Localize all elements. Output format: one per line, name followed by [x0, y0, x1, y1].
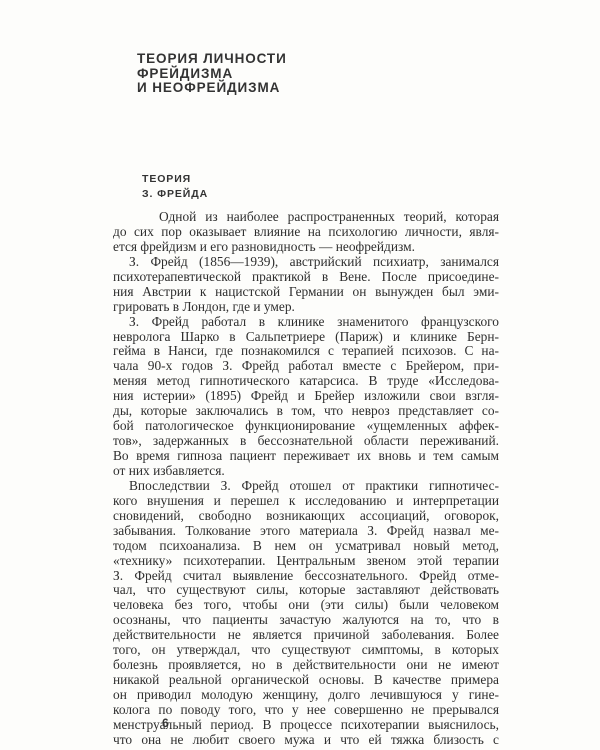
- section-title-line: З. ФРЕЙДА: [142, 187, 208, 202]
- text-line: тодом психоанализа. В нем он усматривал …: [113, 539, 499, 554]
- text-line: ется фрейдизм и его разновидность — неоф…: [113, 240, 499, 255]
- text-line: действительности не является причиной за…: [113, 628, 499, 643]
- text-line: болезнь проявляется, но в действительнос…: [113, 658, 499, 673]
- text-line: ния истерии» (1895) Фрейд и Брейер излож…: [113, 389, 499, 404]
- text-line: ды, которые заключались в том, что невро…: [113, 404, 499, 419]
- text-line: психотерапевтической практикой в Вене. П…: [113, 270, 499, 285]
- chapter-title-line: И НЕОФРЕЙДИЗМА: [137, 81, 287, 96]
- text-line: чал, что существуют силы, которые застав…: [113, 583, 499, 598]
- text-line: колога по поводу того, что у нее соверше…: [113, 703, 499, 718]
- body-text: Одной из наиболее распространенных теори…: [113, 210, 499, 748]
- chapter-title: ТЕОРИЯ ЛИЧНОСТИ ФРЕЙДИЗМА И НЕОФРЕЙДИЗМА: [137, 52, 287, 96]
- text-line: никакой реальной органической основы. В …: [113, 673, 499, 688]
- text-line: он приводил молодую женщину, долго лечив…: [113, 688, 499, 703]
- text-line: бой патологическое функционирование «уще…: [113, 419, 499, 434]
- text-line: З. Фрейд (1856—1939), австрийский психиа…: [113, 255, 499, 270]
- text-line: З. Фрейд считал выявление бессознательно…: [113, 569, 499, 584]
- page-number: 6: [162, 716, 169, 730]
- section-title: ТЕОРИЯ З. ФРЕЙДА: [142, 172, 208, 201]
- text-line: З. Фрейд работал в клинике знаменитого ф…: [113, 315, 499, 330]
- text-line: сновидений, свободно возникающих ассоциа…: [113, 509, 499, 524]
- text-line: кого внушения и перешел к исследованию и…: [113, 494, 499, 509]
- chapter-title-line: ТЕОРИЯ ЛИЧНОСТИ: [137, 52, 287, 67]
- text-line: чала 90-х годов З. Фрейд работал вместе …: [113, 359, 499, 374]
- text-line: осознаны, что пациенты зачастую жалуются…: [113, 613, 499, 628]
- text-line: невролога Шарко в Сальпетриере (Париж) и…: [113, 330, 499, 345]
- text-line: забывания. Толкование этого материала З.…: [113, 524, 499, 539]
- text-line: гейма в Нанси, где познакомился с терапи…: [113, 344, 499, 359]
- text-line: от них избавляется.: [113, 464, 499, 479]
- section-title-line: ТЕОРИЯ: [142, 172, 208, 187]
- text-line: ния Австрии к нацистской Германии он вын…: [113, 285, 499, 300]
- text-line: того, он утверждал, что существуют симпт…: [113, 643, 499, 658]
- text-line: менструальный период. В процессе психоте…: [113, 718, 499, 733]
- text-line: что она не любит своего мужа и что ей тя…: [113, 733, 499, 748]
- text-line: Во время гипноза пациент переживает их в…: [113, 449, 499, 464]
- text-line: грировать в Лондон, где и умер.: [113, 300, 499, 315]
- text-line: до сих пор оказывает влияние на психолог…: [113, 225, 499, 240]
- text-line: человека без того, чтобы они (эти силы) …: [113, 598, 499, 613]
- text-line: Впоследствии З. Фрейд отошел от практики…: [113, 479, 499, 494]
- text-line: Одной из наиболее распространенных теори…: [113, 210, 499, 225]
- text-line: тов», задержанных в бессознательной обла…: [113, 434, 499, 449]
- text-line: меняя метод гипнотического катарсиса. В …: [113, 374, 499, 389]
- chapter-title-line: ФРЕЙДИЗМА: [137, 67, 287, 82]
- text-line: «технику» психотерапии. Центральным звен…: [113, 554, 499, 569]
